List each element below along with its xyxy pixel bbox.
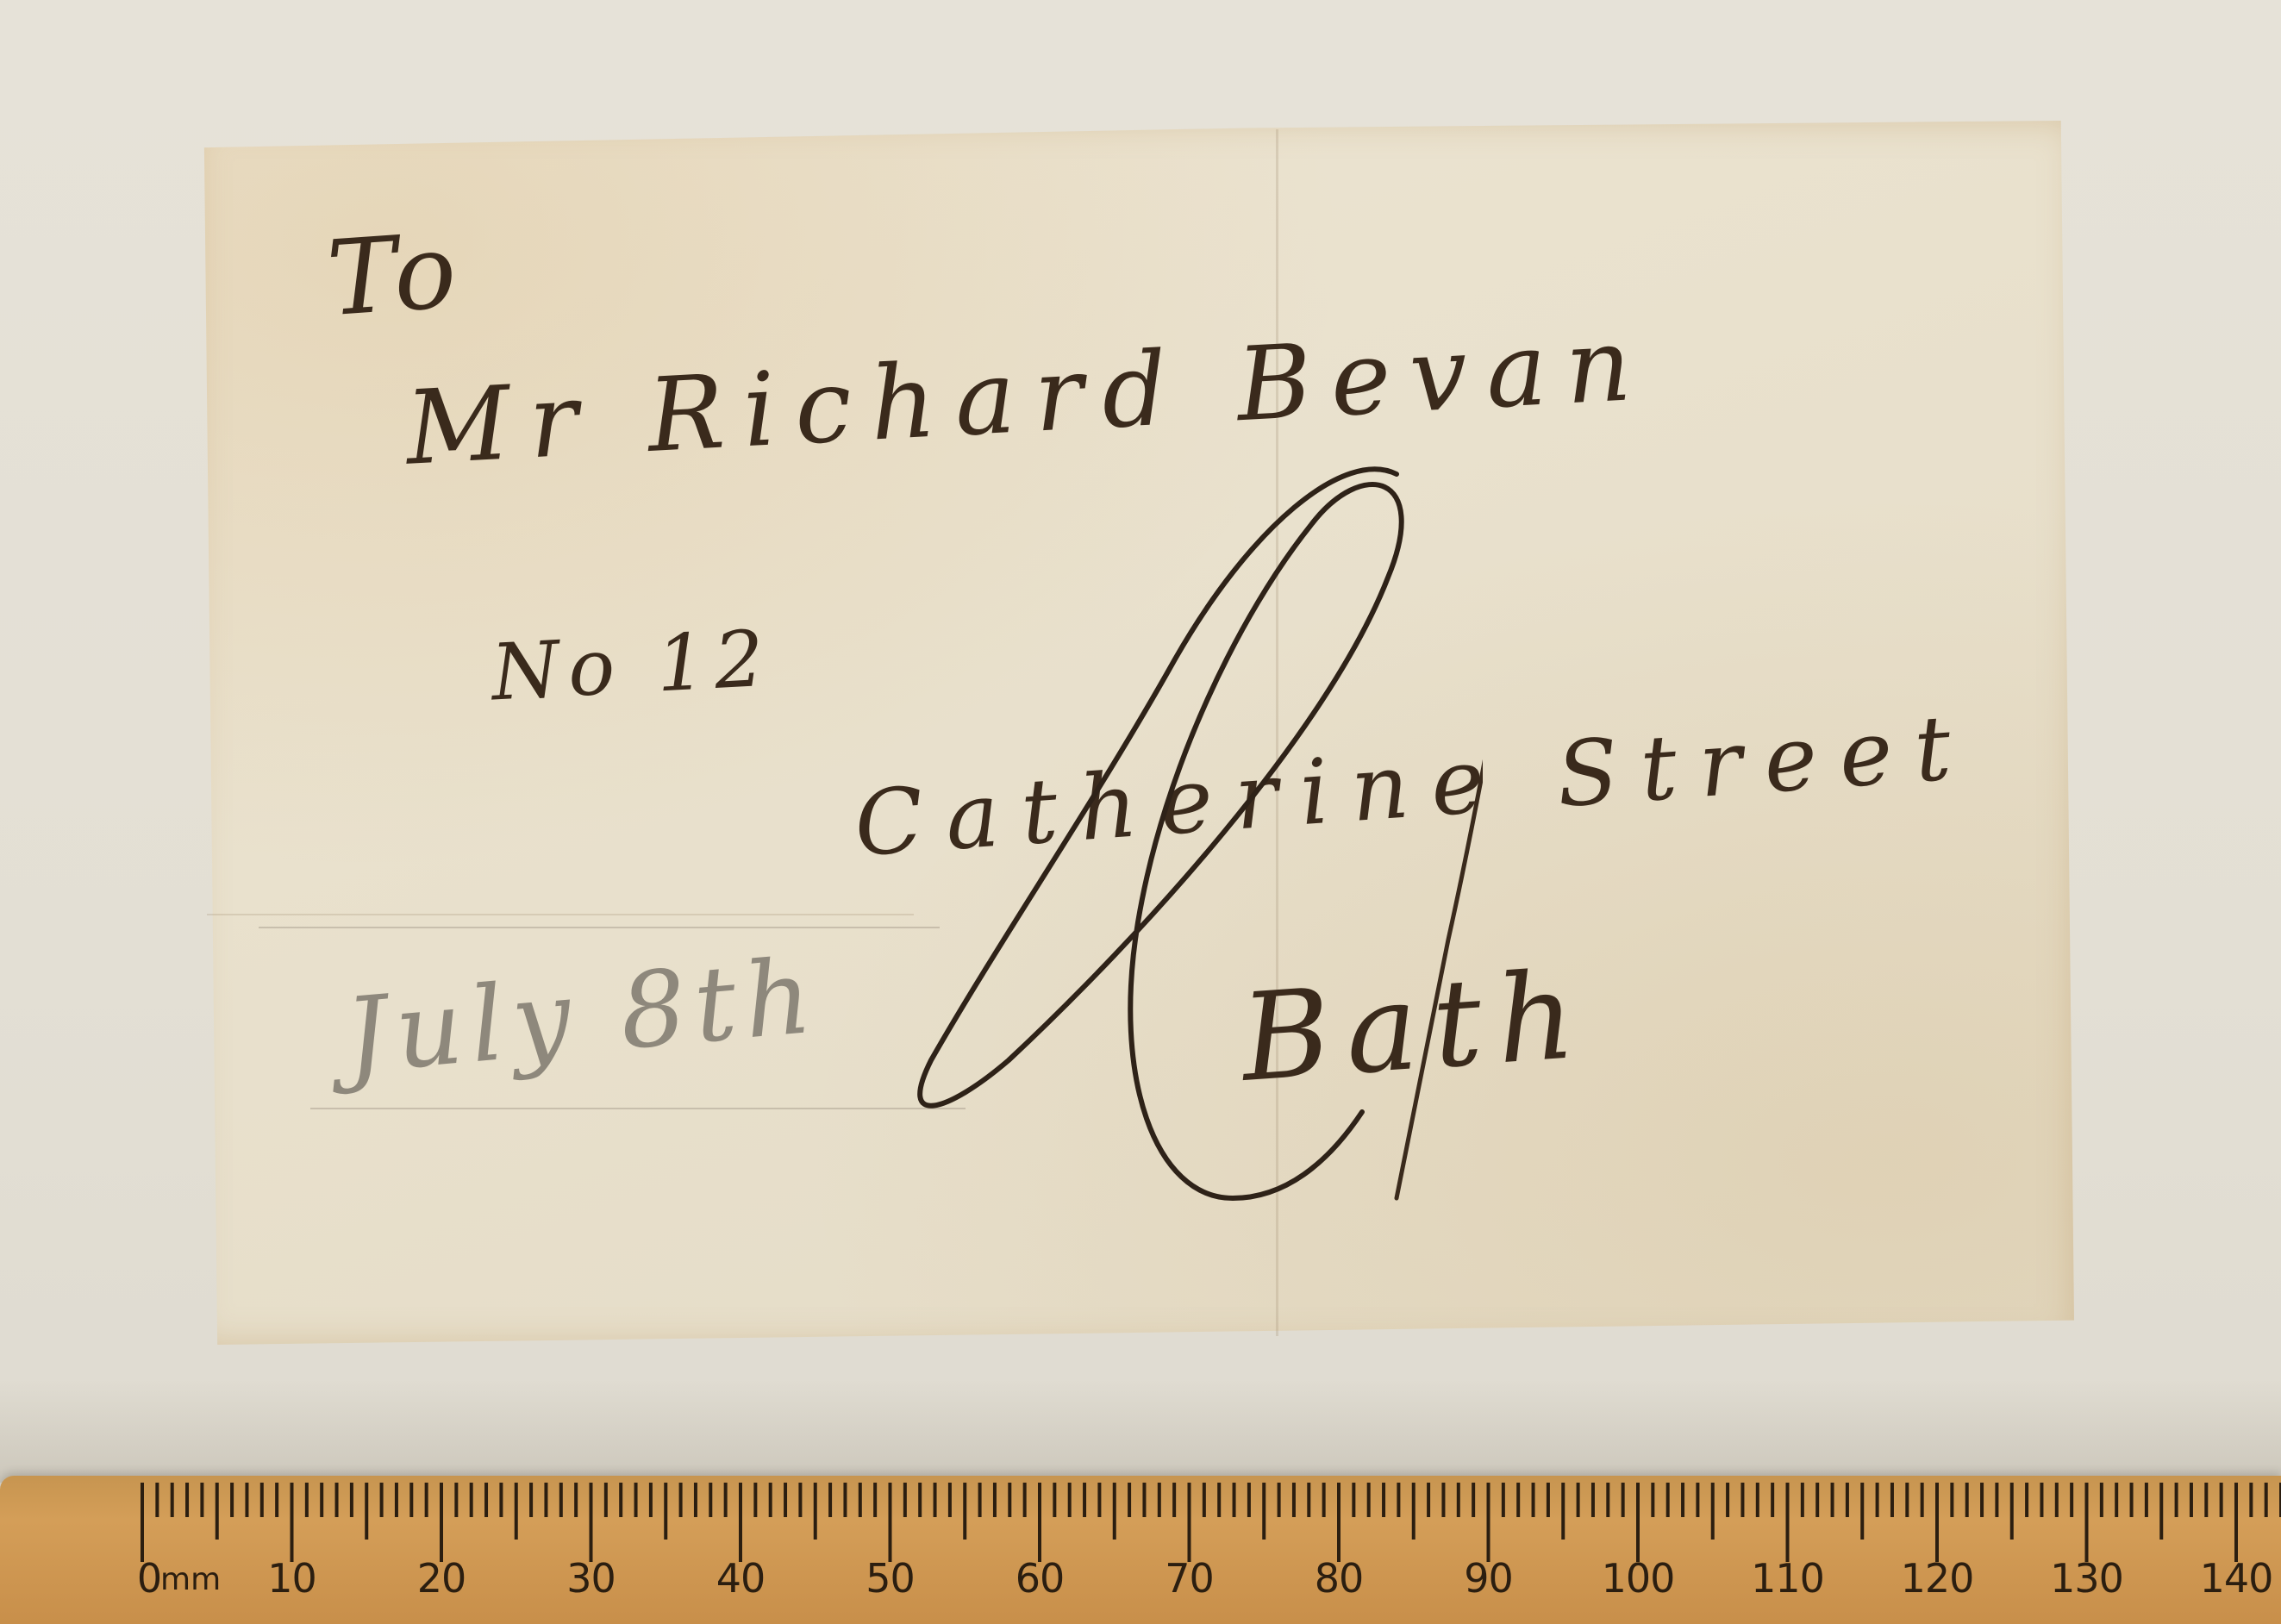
measuring-ruler: mm 0102030405060708090100110120130140 [0,1476,2281,1624]
ruler-label: 90 [1464,1555,1513,1602]
postal-charge-mark: 8 [879,457,1483,1215]
ruler-label: 110 [1751,1555,1824,1602]
ruler-label: 40 [716,1555,766,1602]
ruler-label: 120 [1901,1555,1974,1602]
ruler-unit-label: mm [160,1562,221,1597]
ruler-label: 30 [566,1555,616,1602]
ruler-label: 100 [1602,1555,1675,1602]
ruler-label: 140 [2200,1555,2273,1602]
ruler-label: 10 [267,1555,316,1602]
ruler-label: 60 [1016,1555,1065,1602]
ruler-label: 130 [2050,1555,2123,1602]
fold-line [207,914,914,915]
backdrop [0,1379,2281,1483]
pencil-ruled-line-bottom [310,1108,966,1109]
pencil-ruled-line-top [259,927,940,928]
address-salutation: To [323,211,465,340]
ruler-label: 50 [866,1555,915,1602]
ruler-label: 0 [137,1555,161,1602]
ruler-label: 20 [417,1555,466,1602]
ruler-label: 70 [1165,1555,1214,1602]
address-house-number: No 12 [489,614,774,719]
ruler-label: 80 [1315,1555,1364,1602]
